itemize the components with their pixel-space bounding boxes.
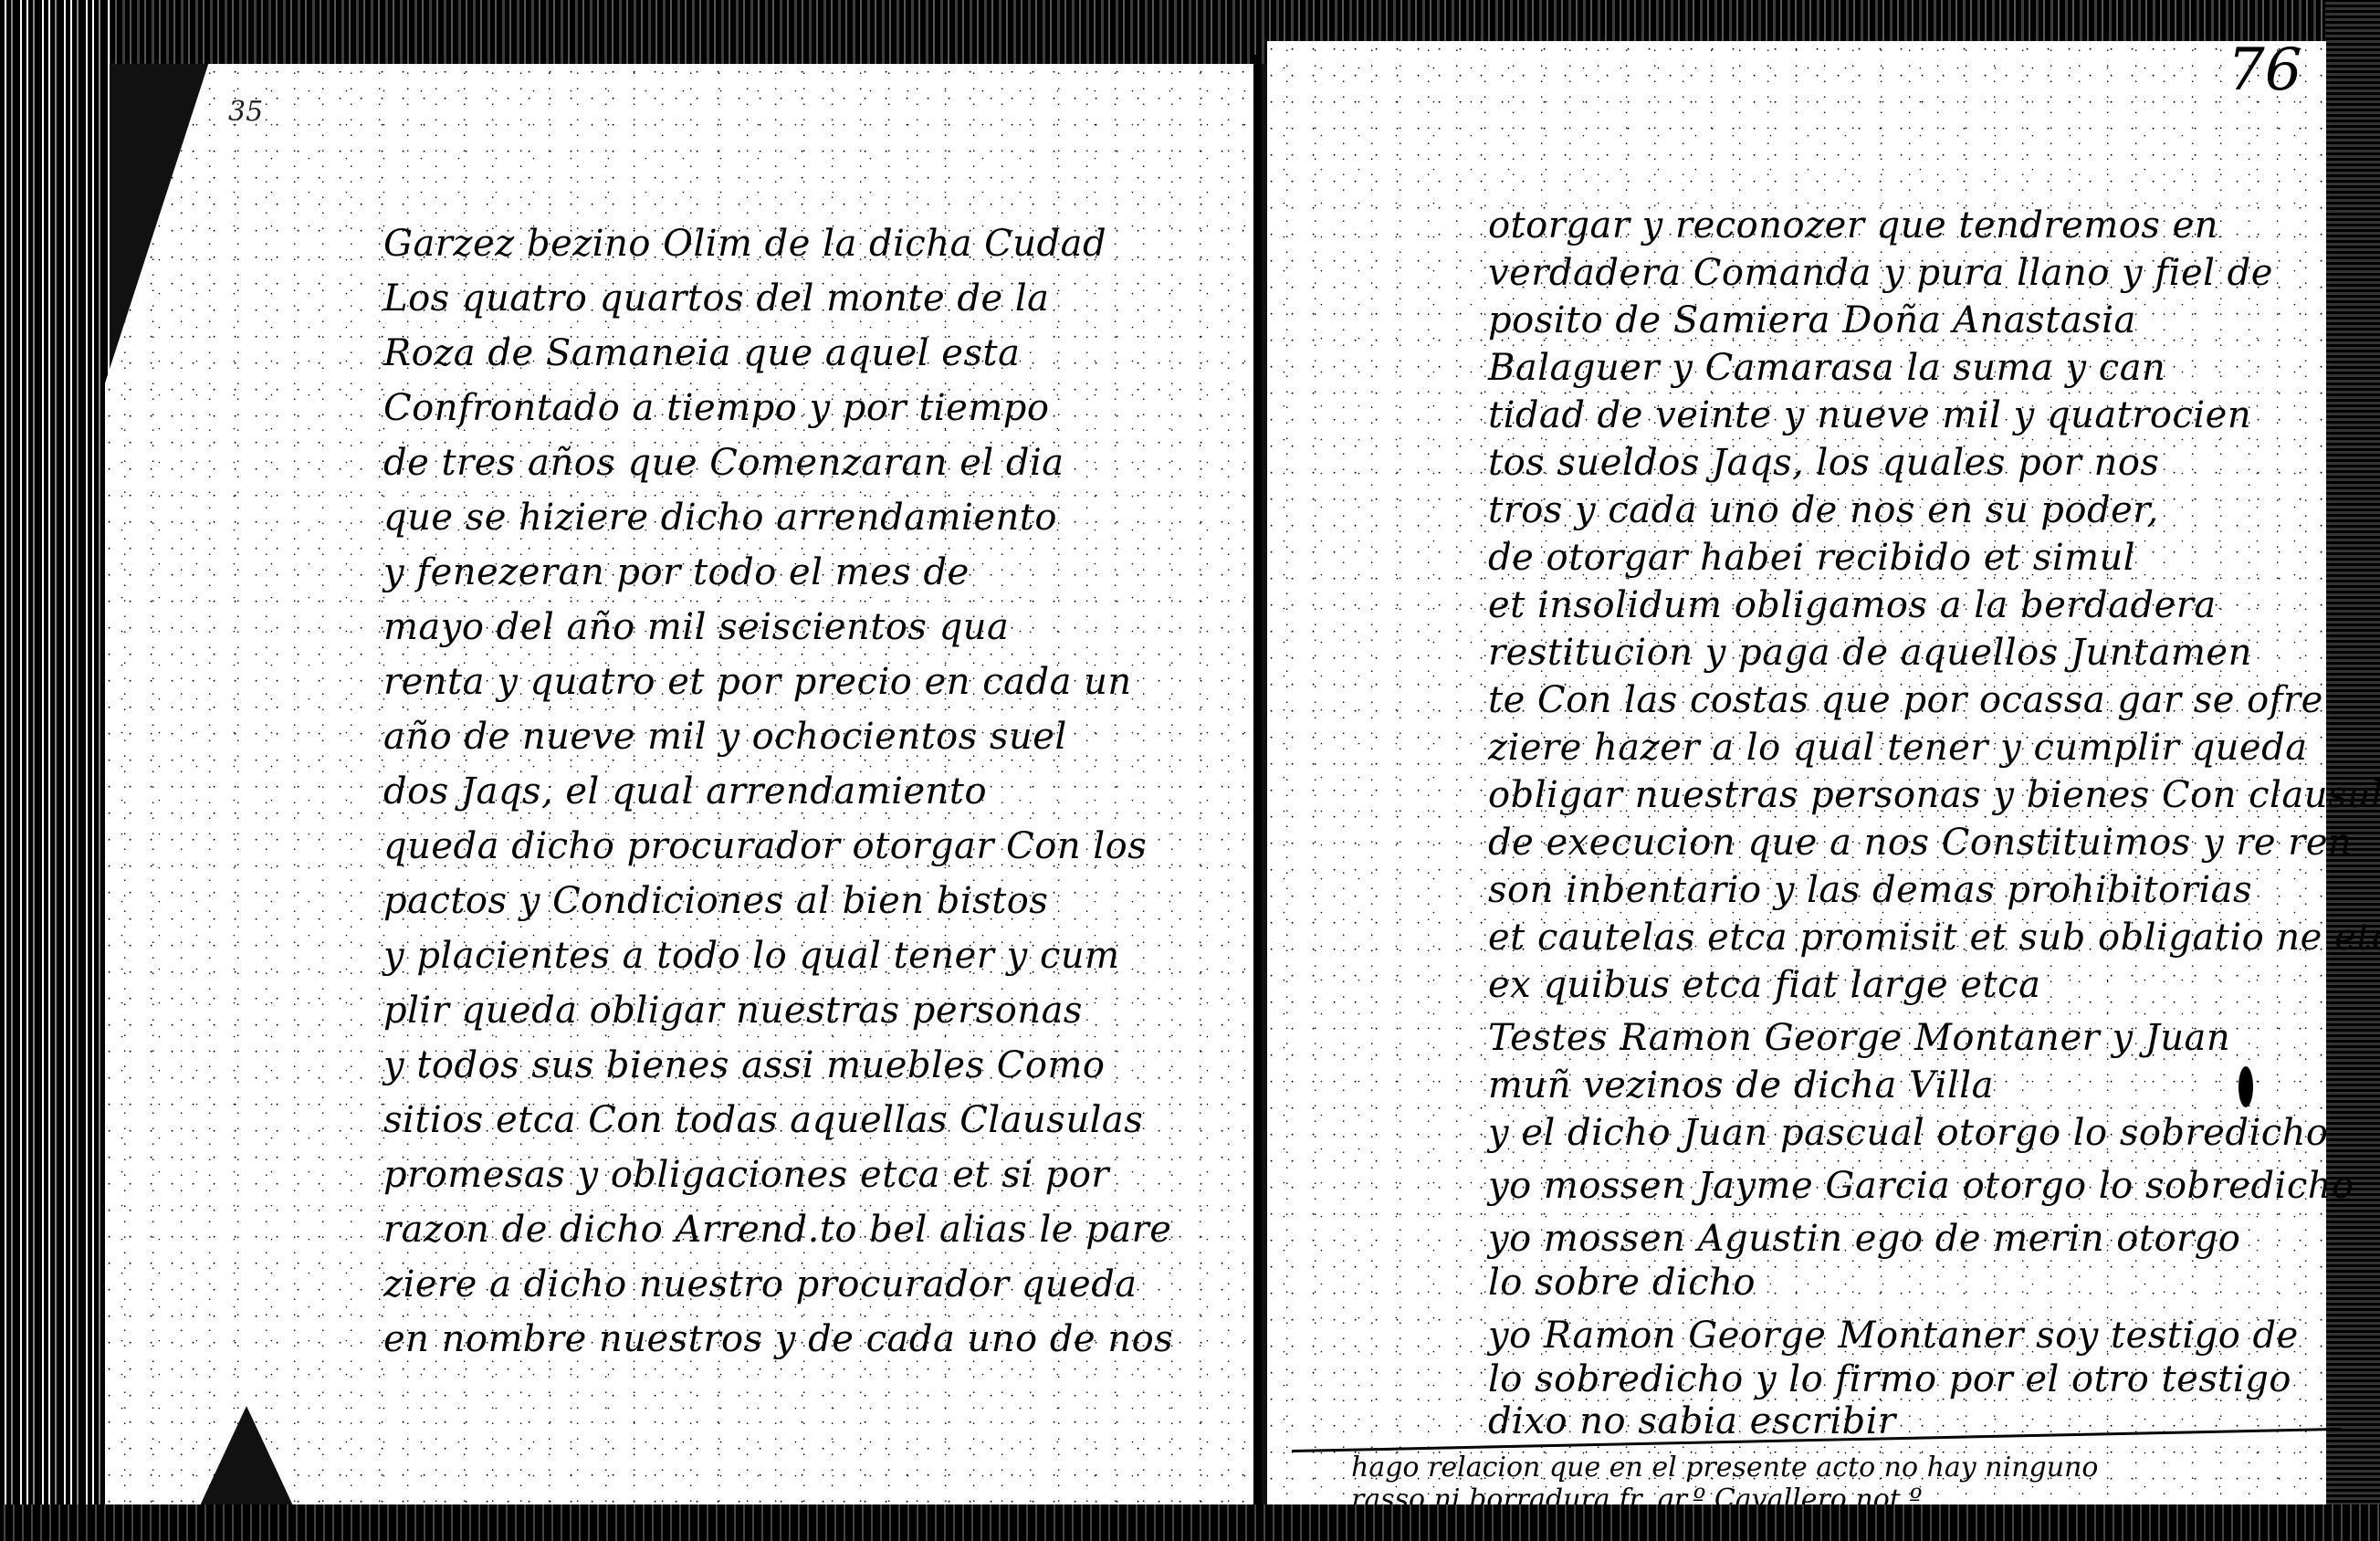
text-line: tidad de veinte y nueve mil y quatrocien bbox=[1488, 394, 2251, 436]
text-line: mayo del año mil seiscientos qua bbox=[383, 606, 1009, 648]
text-line: y todos sus bienes assi muebles Como bbox=[383, 1044, 1105, 1086]
left-page-number: 35 bbox=[228, 96, 263, 128]
text-line: et cautelas etca promisit et sub obligat… bbox=[1488, 917, 2380, 959]
book-edge-right bbox=[2325, 0, 2380, 1541]
text-line: lo sobre dicho bbox=[1488, 1262, 1756, 1304]
text-line: son inbentario y las demas prohibitorias bbox=[1488, 869, 2252, 911]
text-line: de tres años que Comenzaran el dia bbox=[383, 442, 1064, 484]
text-line: que se hiziere dicho arrendamiento bbox=[383, 497, 1057, 539]
text-line: Balaguer y Camarasa la suma y can bbox=[1488, 347, 2165, 389]
text-line: otorgar y reconozer que tendremos en bbox=[1488, 204, 2218, 246]
text-line: dos Jaqs, el qual arrendamiento bbox=[383, 770, 987, 812]
text-line: tros y cada uno de nos en su poder, bbox=[1488, 489, 2159, 531]
text-line: restitucion y paga de aquellos Juntamen bbox=[1488, 632, 2252, 674]
text-line: dixo no sabia escribir bbox=[1488, 1400, 1896, 1442]
text-line: de otorgar habei recibido et simul bbox=[1488, 537, 2135, 579]
text-line: ex quibus etca fiat large etca bbox=[1488, 964, 2040, 1006]
text-line: y fenezeran por todo el mes de bbox=[383, 551, 970, 593]
text-line: Confrontado a tiempo y por tiempo bbox=[383, 387, 1049, 429]
text-line: yo Ramon George Montaner soy testigo de bbox=[1488, 1315, 2299, 1357]
text-line: yo mossen Agustin ego de merin otorgo bbox=[1488, 1218, 2240, 1260]
book-gutter bbox=[1253, 55, 1262, 1515]
text-line: et insolidum obligamos a la berdadera bbox=[1488, 584, 2217, 626]
text-line: Testes Ramon George Montaner y Juan bbox=[1488, 1017, 2230, 1059]
text-line: razon de dicho Arrend.to bel alias le pa… bbox=[383, 1209, 1171, 1251]
text-line: lo sobredicho y lo firmo por el otro tes… bbox=[1488, 1358, 2291, 1400]
right-page-number: 76 bbox=[2228, 37, 2301, 104]
text-line: año de nueve mil y ochocientos suel bbox=[383, 716, 1067, 758]
text-line: ziere a dicho nuestro procurador queda bbox=[383, 1263, 1138, 1305]
text-line: y placientes a todo lo qual tener y cum bbox=[383, 935, 1120, 977]
text-line: Los quatro quartos del monte de la bbox=[383, 278, 1049, 320]
text-line: obligar nuestras personas y bienes Con c… bbox=[1488, 774, 2380, 816]
text-line: te Con las costas que por ocassa gar se … bbox=[1488, 679, 2323, 721]
book-edge-bottom bbox=[0, 1504, 2380, 1541]
text-line: en nombre nuestros y de cada uno de nos bbox=[383, 1318, 1173, 1360]
text-line: tos sueldos Jaqs, los quales por nos bbox=[1488, 442, 2159, 484]
text-line: sitios etca Con todas aquellas Clausulas bbox=[383, 1099, 1143, 1141]
text-line: pactos y Condiciones al bien bistos bbox=[383, 880, 1048, 922]
text-line: Garzez bezino Olim de la dicha Cudad bbox=[383, 223, 1106, 265]
text-line: Roza de Samaneia que aquel esta bbox=[383, 332, 1020, 374]
text-line: verdadera Comanda y pura llano y fiel de bbox=[1488, 252, 2273, 294]
text-line: yo mossen Jayme Garcia otorgo lo sobredi… bbox=[1488, 1165, 2354, 1207]
text-line: posito de Samiera Doña Anastasia bbox=[1488, 299, 2136, 341]
notary-note-line-1: hago relacion que en el presente acto no… bbox=[1351, 1452, 2098, 1483]
text-line: ziere hazer a lo qual tener y cumplir qu… bbox=[1488, 727, 2308, 769]
text-line: plir queda obligar nuestras personas bbox=[383, 990, 1083, 1032]
text-line: promesas y obligaciones etca et si por bbox=[383, 1154, 1109, 1196]
text-line: y el dicho Juan pascual otorgo lo sobred… bbox=[1488, 1112, 2328, 1154]
ink-blot-mark bbox=[2238, 1066, 2253, 1107]
book-edge-left bbox=[0, 0, 110, 1541]
text-line: queda dicho procurador otorgar Con los bbox=[383, 825, 1147, 867]
text-line: muñ vezinos de dicha Villa bbox=[1488, 1064, 1994, 1106]
text-line: renta y quatro et por precio en cada un bbox=[383, 661, 1132, 703]
text-line: de execucion que a nos Constituimos y re… bbox=[1488, 822, 2352, 864]
